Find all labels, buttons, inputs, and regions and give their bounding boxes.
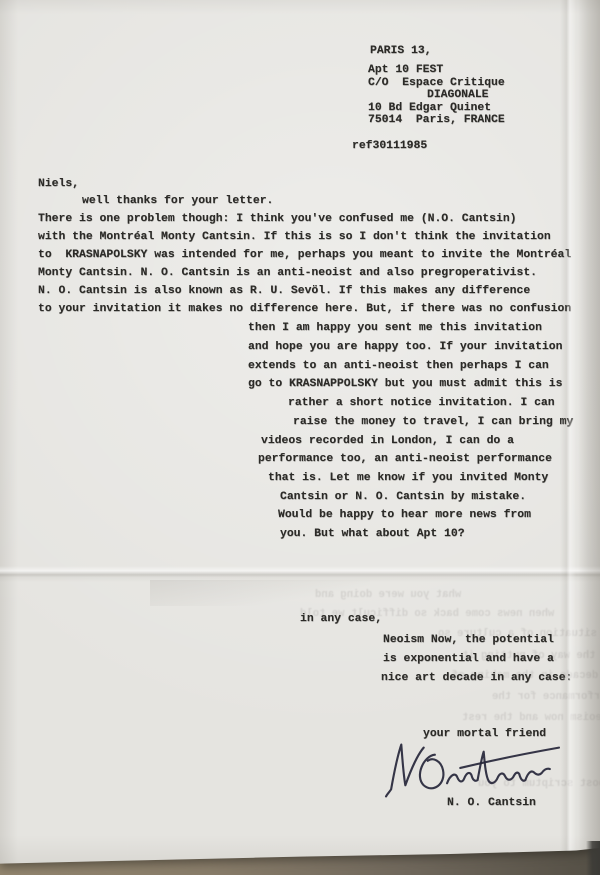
sender-line: Apt 10 FEST: [368, 63, 443, 77]
reference-number: ref30111985: [352, 139, 427, 153]
signature-handwriting: [384, 737, 562, 803]
letter-paper: PARIS 13, Apt 10 FEST C/O Espace Critiqu…: [0, 0, 600, 875]
bleedthrough-line: when news come back so difficult we told: [300, 608, 554, 620]
body-line: Cantsin or N. O. Cantsin by mistake.: [280, 490, 526, 504]
body-line: Would be happy to hear more news from: [278, 508, 531, 522]
corner-shadow: [586, 841, 600, 875]
body-line: rather a short notice invitation. I can: [288, 396, 555, 410]
body-line: you. But what about Apt 10?: [280, 527, 465, 541]
body-line: There is one problem though: I think you…: [38, 212, 517, 226]
opening-line: well thanks for your letter.: [82, 194, 273, 208]
body-line: videos recorded in London, I can do a: [261, 434, 514, 448]
body-line: with the Montréal Monty Cantsin. If this…: [38, 230, 551, 244]
sender-line: 75014 Paris, FRANCE: [368, 113, 505, 127]
fold-crease-vertical: [560, 0, 576, 875]
body-line: raise the money to travel, I can bring m…: [293, 415, 573, 429]
bleedthrough-line: decade in the making of: [452, 670, 598, 682]
body-line: to KRASNAPOLSKY was intended for me, per…: [38, 248, 571, 262]
sender-line: DIAGONALE: [427, 88, 489, 102]
body-line: Monty Cantsin. N. O. Cantsin is an anti-…: [38, 266, 537, 280]
body-line: performance too, an anti-neoist performa…: [258, 452, 552, 466]
body-line: go to KRASNAPPOLSKY but you must admit t…: [248, 377, 562, 391]
sender-city: PARIS 13,: [370, 44, 432, 58]
body-line: N. O. Cantsin is also known as R. U. Sev…: [38, 284, 530, 298]
body-line: to your invitation it makes no differenc…: [38, 302, 571, 316]
body-line: that is. Let me know if you invited Mont…: [268, 471, 548, 485]
letter-photo: PARIS 13, Apt 10 FEST C/O Espace Critiqu…: [0, 0, 600, 875]
salutation: Niels,: [38, 177, 79, 191]
fold-shadow: [150, 580, 370, 606]
body-line: extends to an anti-neoist then perhaps I…: [248, 359, 549, 373]
paper-right-edge: [578, 0, 600, 875]
body-line: and hope you are happy too. If your invi…: [248, 340, 562, 354]
body-line: then I am happy you sent me this invitat…: [248, 321, 542, 335]
